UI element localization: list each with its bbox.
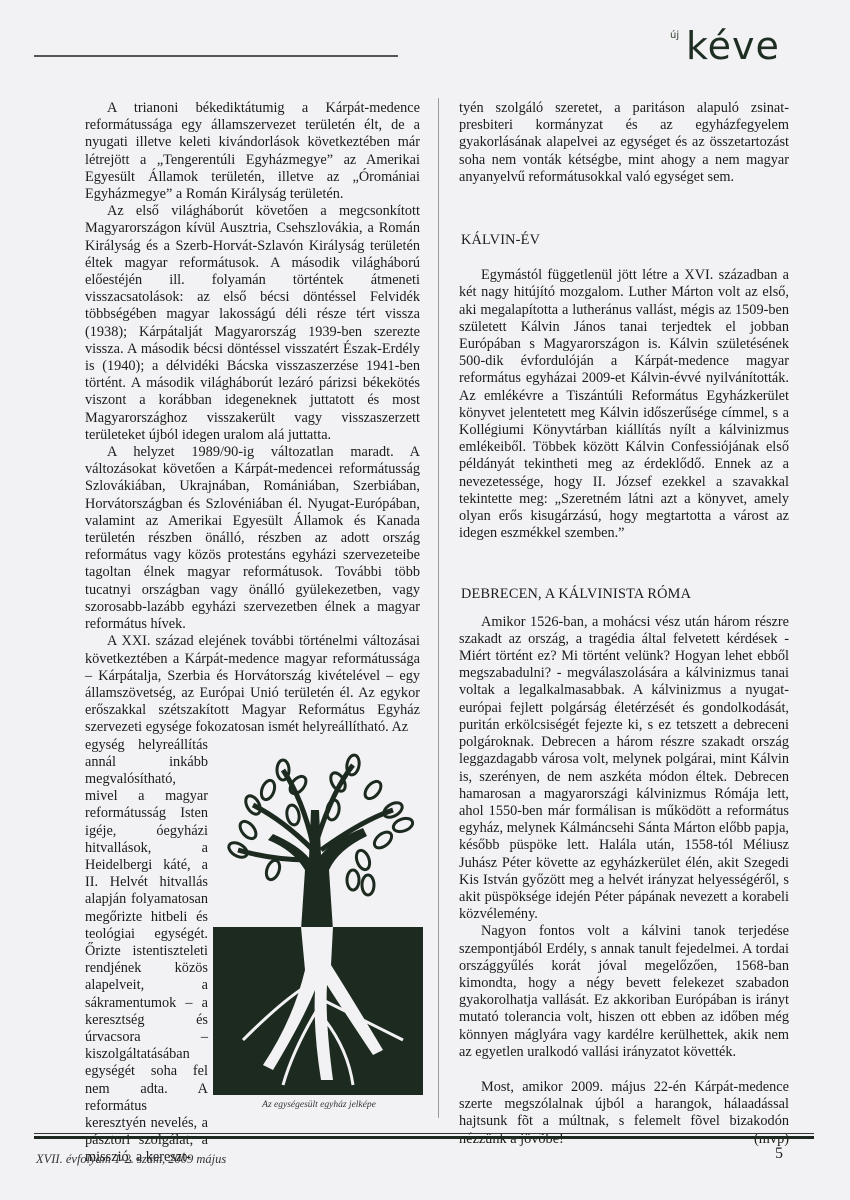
section-heading-debrecen: DEBRECEN, A KÁLVINISTA RÓMA bbox=[459, 586, 789, 603]
paragraph: A helyzet 1989/90-ig változatlan maradt.… bbox=[85, 444, 420, 633]
figure-caption: Az egységesült egyház jelképe bbox=[213, 1100, 425, 1110]
issue-info: XVII. évfolyam 1-2. szám, 2009 május bbox=[36, 1152, 226, 1167]
tree-illustration bbox=[213, 750, 423, 1095]
paragraph: Az első világháborút követően a megcsonk… bbox=[85, 203, 420, 444]
paragraph: Egymástól függetlenül jött létre a XVI. … bbox=[459, 267, 789, 542]
column-divider bbox=[438, 98, 439, 1118]
tree-with-roots-icon bbox=[213, 750, 423, 1095]
paragraph: A trianoni békediktátumig a Kárpát-meden… bbox=[85, 100, 420, 203]
logo-prefix: új bbox=[670, 30, 679, 41]
section-heading-kalvin-ev: KÁLVIN-ÉV bbox=[459, 232, 789, 249]
paragraph: tyén szolgáló szeretet, a paritáson alap… bbox=[459, 100, 789, 186]
page-number: 5 bbox=[775, 1145, 783, 1163]
paragraph: Nagyon fontos volt a kálvini tanok terje… bbox=[459, 923, 789, 1061]
footer-rule bbox=[34, 1133, 814, 1134]
logo-title: kéve bbox=[686, 24, 780, 68]
paragraph: Amikor 1526-ban, a mohácsi vész után hár… bbox=[459, 614, 789, 924]
footer-rule-thick bbox=[34, 1136, 814, 1139]
right-column: tyén szolgáló szeretet, a paritáson alap… bbox=[459, 100, 789, 1148]
paragraph: A XXI. század elejének további történelm… bbox=[85, 633, 420, 736]
header-rule bbox=[34, 55, 398, 57]
wrapped-paragraph: egység helyreállítás annál inkább megval… bbox=[85, 737, 208, 1167]
